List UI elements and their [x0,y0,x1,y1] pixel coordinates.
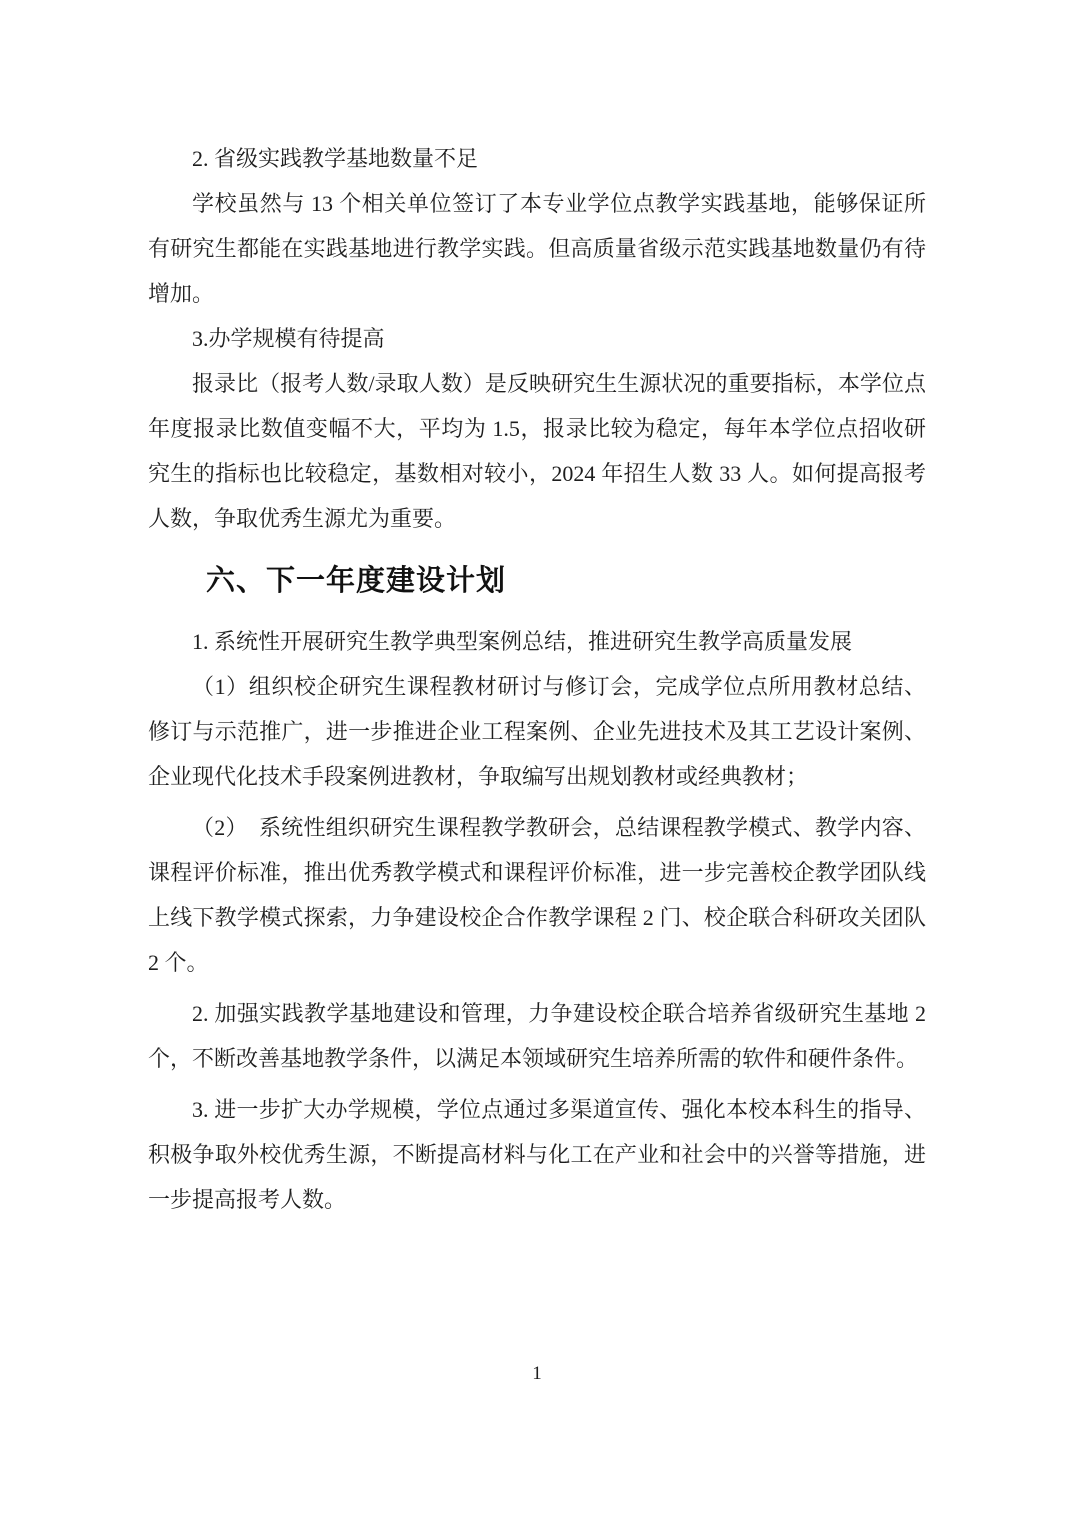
plan-item-1-sub-2: （2） 系统性组织研究生课程教学教研会，总结课程教学模式、教学内容、课程评价标准… [148,805,926,985]
section-heading: 六、下一年度建设计划 [148,556,926,606]
document-page: 2. 省级实践教学基地数量不足 学校虽然与 13 个相关单位签订了本专业学位点教… [0,0,1074,1520]
document-content: 2. 省级实践教学基地数量不足 学校虽然与 13 个相关单位签订了本专业学位点教… [148,136,926,1222]
plan-item-2: 2. 加强实践教学基地建设和管理，力争建设校企联合培养省级研究生基地 2 个，不… [148,991,926,1081]
issue-3-body: 报录比（报考人数/录取人数）是反映研究生生源状况的重要指标，本学位点年度报录比数… [148,361,926,541]
issue-3-title: 3.办学规模有待提高 [148,316,926,361]
page-number: 1 [0,1362,1074,1386]
plan-item-1-sub-1: （1）组织校企研究生课程教材研讨与修订会，完成学位点所用教材总结、修订与示范推广… [148,664,926,799]
plan-item-1: 1. 系统性开展研究生教学典型案例总结，推进研究生教学高质量发展 [148,619,926,664]
issue-2-body: 学校虽然与 13 个相关单位签订了本专业学位点教学实践基地，能够保证所有研究生都… [148,181,926,316]
issue-2-title: 2. 省级实践教学基地数量不足 [148,136,926,181]
plan-item-3: 3. 进一步扩大办学规模，学位点通过多渠道宣传、强化本校本科生的指导、积极争取外… [148,1087,926,1222]
